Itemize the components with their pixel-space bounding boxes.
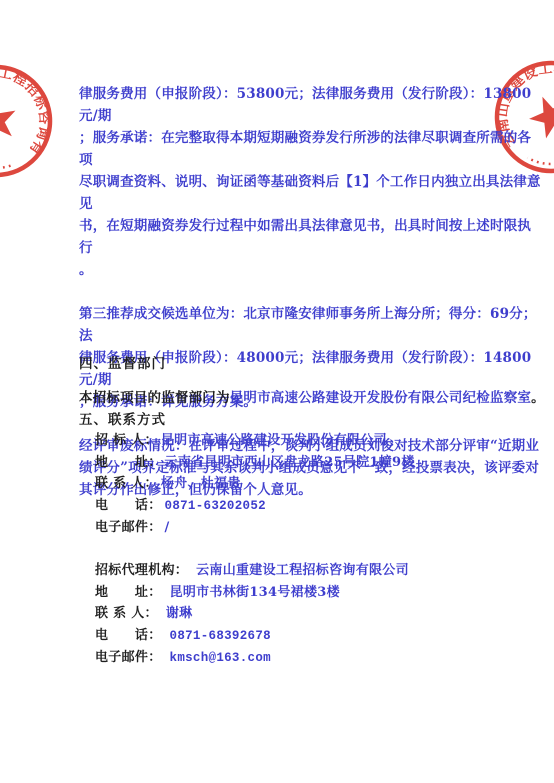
document-page: { "page": { "background": "#ffffff", "te…: [0, 0, 554, 783]
seal-star-icon: [0, 96, 20, 142]
agency-contact-block: 招标代理机构：云南山重建设工程招标咨询有限公司 地 址：昆明市书林街134号裙楼…: [95, 560, 409, 670]
contact-label: 电子邮件：: [95, 650, 162, 665]
section5-heading: 五、联系方式: [79, 408, 166, 428]
contact-value: 昆明市书林街134号裙楼3楼: [162, 585, 340, 600]
contact-label: 地 址：: [95, 585, 162, 600]
section4-heading: 四、监督部门: [79, 352, 166, 372]
contact-value: 昆明市高速公路建设开发股份有限公司: [158, 433, 387, 448]
contact-row-tenderer-person: 联 系 人：杨舟、杜福贵: [95, 473, 415, 495]
contact-row-agency-address: 地 址：昆明市书林街134号裙楼3楼: [95, 582, 409, 604]
supervision-suffix: 。: [531, 390, 545, 406]
contact-label: 电 话：: [95, 628, 162, 643]
contact-row-tenderer-name: 招 标 人：昆明市高速公路建设开发股份有限公司: [95, 430, 415, 452]
contact-label: 招标代理机构：: [95, 563, 188, 578]
contact-value: kmsch@163.com: [162, 651, 271, 665]
paragraph-legal-fees-commitment: 律服务费用（申报阶段）：53800元；法律服务费用（发行阶段）：13800元/期…: [79, 83, 541, 281]
contact-label: 招 标 人：: [95, 433, 158, 448]
contact-value: 谢琳: [158, 606, 193, 621]
contact-value: 云南省昆明市西山区盘龙路25号院1幢9楼: [162, 455, 415, 470]
contact-row-agency-email: 电子邮件：kmsch@163.com: [95, 647, 409, 670]
supervision-prefix: 本招标项目的监督部门为: [79, 390, 230, 406]
contact-value: 杨舟、杜福贵: [158, 476, 241, 491]
contact-label: 地 址：: [95, 455, 162, 470]
contact-value: 0871-63202052: [162, 499, 266, 513]
contact-label: 联 系 人：: [95, 606, 158, 621]
seal-serial-dots: [0, 152, 11, 173]
contact-row-tenderer-email: 电子邮件：/: [95, 517, 415, 539]
contact-row-agency-name: 招标代理机构：云南山重建设工程招标咨询有限公司: [95, 560, 409, 582]
supervision-department-name: 昆明市高速公路建设开发股份有限公司纪检监察室: [230, 390, 531, 406]
contact-label: 电 话：: [95, 498, 162, 513]
contact-row-agency-person: 联 系 人：谢琳: [95, 603, 409, 625]
company-seal-stamp-left: 云南山重建设工程招标咨询有限公司: [0, 35, 82, 206]
tenderer-contact-block: 招 标 人：昆明市高速公路建设开发股份有限公司 地 址：云南省昆明市西山区盘龙路…: [95, 430, 415, 539]
contact-row-agency-phone: 电 话：0871-68392678: [95, 625, 409, 648]
section4-body: 本招标项目的监督部门为昆明市高速公路建设开发股份有限公司纪检监察室。: [79, 386, 545, 406]
contact-value: /: [162, 520, 170, 535]
contact-value: 0871-68392678: [162, 629, 271, 643]
contact-value: 云南山重建设工程招标咨询有限公司: [188, 563, 409, 578]
contact-row-tenderer-phone: 电 话：0871-63202052: [95, 495, 415, 518]
contact-label: 联 系 人：: [95, 476, 158, 491]
contact-row-tenderer-address: 地 址：云南省昆明市西山区盘龙路25号院1幢9楼: [95, 452, 415, 474]
seal-company-text: 云南山重建设工程招标咨询有限公司: [0, 35, 73, 165]
contact-label: 电子邮件：: [95, 520, 162, 535]
